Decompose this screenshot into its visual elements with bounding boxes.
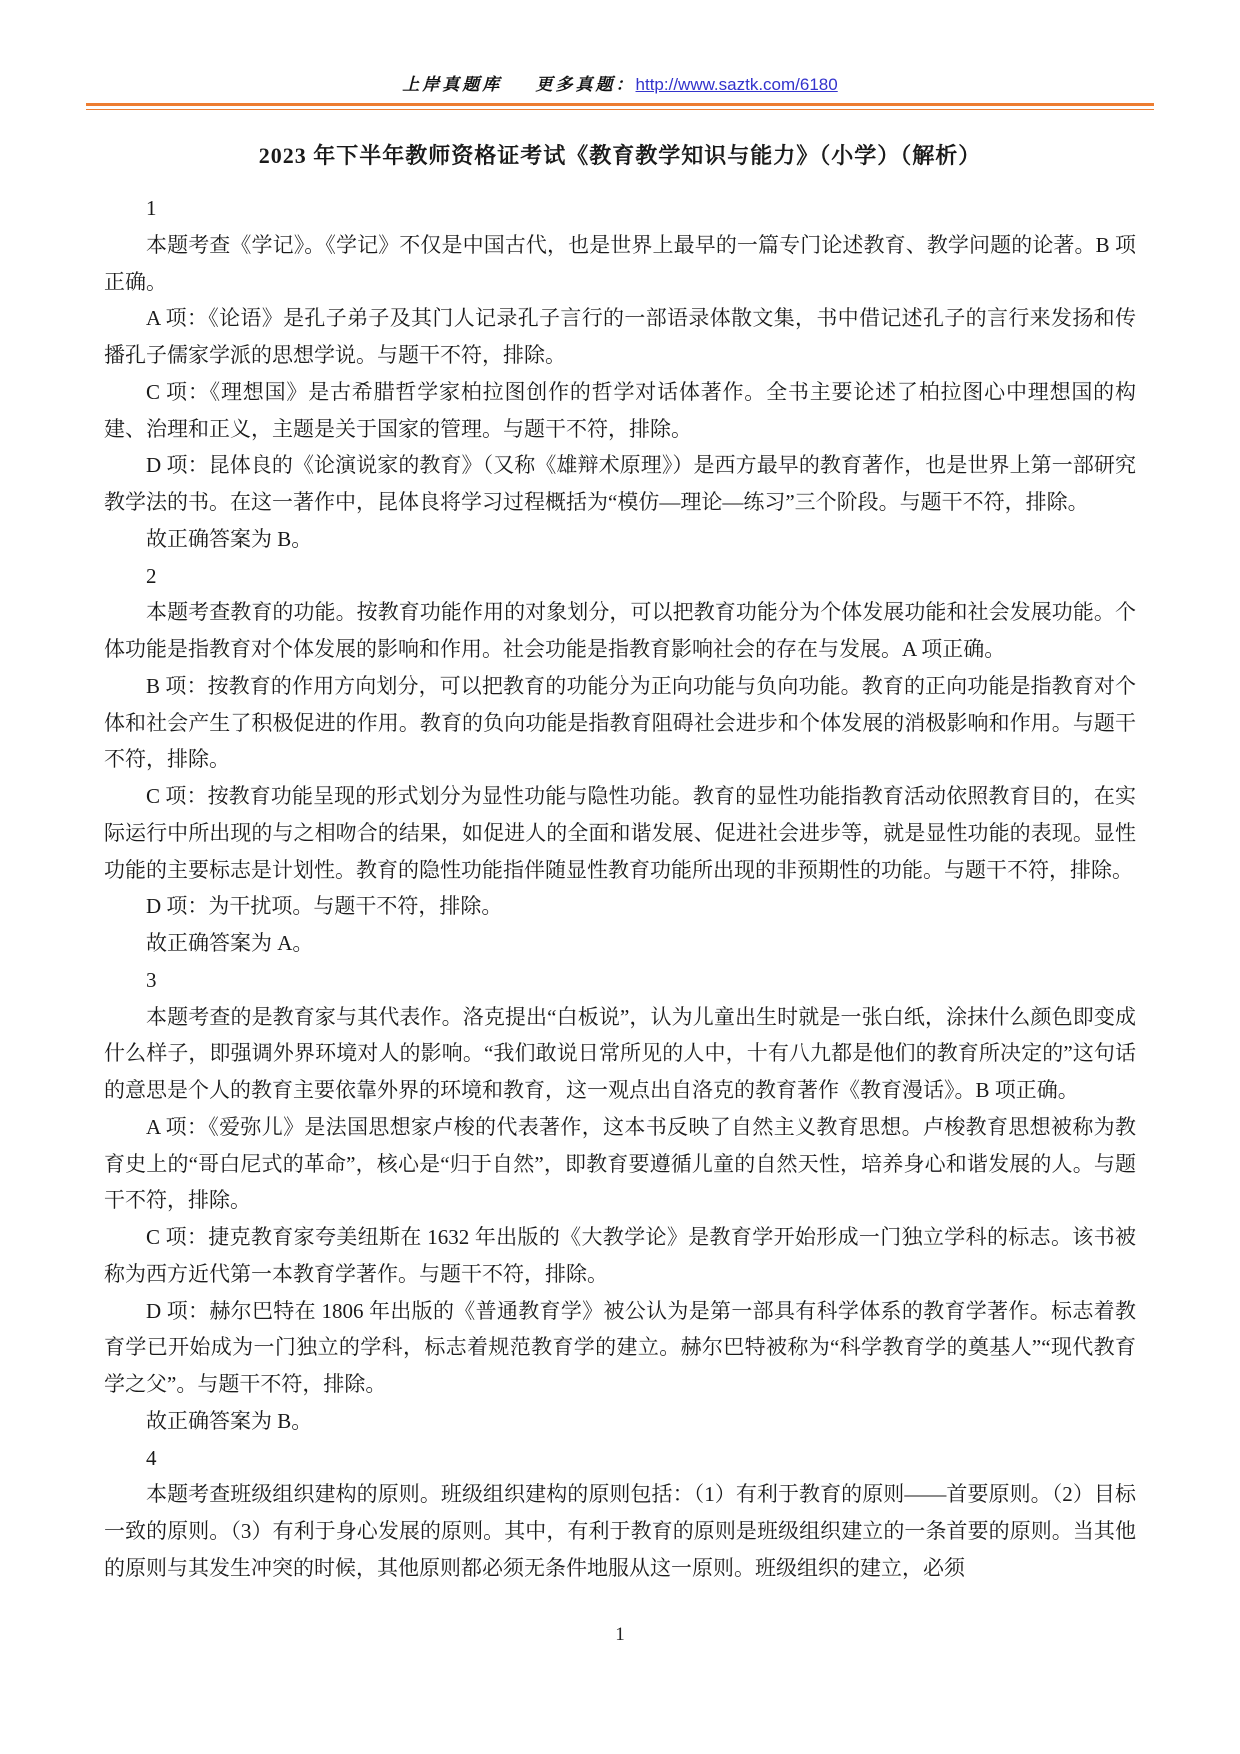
page-number: 1 — [615, 1624, 625, 1645]
paragraph: 故正确答案为 A。 — [104, 925, 1136, 962]
page-footer: 1 — [0, 1624, 1240, 1646]
paragraph: 1 — [104, 190, 1136, 227]
paragraph: 2 — [104, 558, 1136, 595]
paragraph: D 项：赫尔巴特在 1806 年出版的《普通教育学》被公认为是第一部具有科学体系… — [104, 1293, 1136, 1403]
paragraph: C 项：捷克教育家夸美纽斯在 1632 年出版的《大教学论》是教育学开始形成一门… — [104, 1219, 1136, 1293]
paragraph: 3 — [104, 962, 1136, 999]
paragraph: C 项：《理想国》是古希腊哲学家柏拉图创作的哲学对话体著作。全书主要论述了柏拉图… — [104, 374, 1136, 448]
paragraph: A 项：《爱弥儿》是法国思想家卢梭的代表著作，这本书反映了自然主义教育思想。卢梭… — [104, 1109, 1136, 1219]
paragraph: 故正确答案为 B。 — [104, 1403, 1136, 1440]
paragraph: 本题考查班级组织建构的原则。班级组织建构的原则包括：（1）有利于教育的原则——首… — [104, 1476, 1136, 1586]
document-body: 1本题考查《学记》。《学记》不仅是中国古代，也是世界上最早的一篇专门论述教育、教… — [104, 190, 1136, 1587]
paragraph: 本题考查《学记》。《学记》不仅是中国古代，也是世界上最早的一篇专门论述教育、教学… — [104, 227, 1136, 301]
paragraph: B 项：按教育的作用方向划分，可以把教育的功能分为正向功能与负向功能。教育的正向… — [104, 668, 1136, 778]
header-site-name: 上岸真题库 — [402, 75, 502, 94]
document-title: 2023 年下半年教师资格证考试《教育教学知识与能力》（小学）（解析） — [0, 139, 1240, 170]
header-rule-divider — [86, 103, 1154, 110]
header-text: 上岸真题库 更多真题：http://www.saztk.com/6180 — [86, 74, 1154, 96]
paragraph: 本题考查的是教育家与其代表作。洛克提出“白板说”，认为儿童出生时就是一张白纸，涂… — [104, 999, 1136, 1109]
paragraph: 故正确答案为 B。 — [104, 521, 1136, 558]
paragraph: 本题考查教育的功能。按教育功能作用的对象划分，可以把教育功能分为个体发展功能和社… — [104, 594, 1136, 668]
paragraph: D 项：为干扰项。与题干不符，排除。 — [104, 888, 1136, 925]
document-page: 上岸真题库 更多真题：http://www.saztk.com/6180 202… — [0, 0, 1240, 1754]
page-header: 上岸真题库 更多真题：http://www.saztk.com/6180 — [86, 74, 1154, 110]
paragraph: 4 — [104, 1440, 1136, 1477]
paragraph: C 项：按教育功能呈现的形式划分为显性功能与隐性功能。教育的显性功能指教育活动依… — [104, 778, 1136, 888]
header-more-label: 更多真题： — [536, 75, 636, 94]
header-link[interactable]: http://www.saztk.com/6180 — [636, 75, 838, 94]
paragraph: A 项：《论语》是孔子弟子及其门人记录孔子言行的一部语录体散文集，书中借记述孔子… — [104, 300, 1136, 374]
paragraph: D 项：昆体良的《论演说家的教育》（又称《雄辩术原理》）是西方最早的教育著作，也… — [104, 447, 1136, 521]
